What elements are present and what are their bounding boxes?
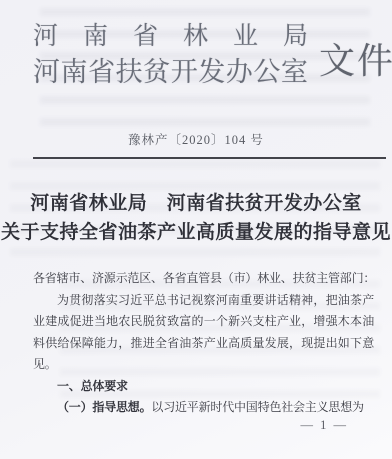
document-title-line2: 关于支持全省油茶产业高质量发展的指导意见 bbox=[0, 218, 392, 247]
subsection-guiding-ideology: （一）指导思想。以习近平新时代中国特色社会主义思想为 bbox=[33, 397, 374, 419]
document-reference-number: 豫林产〔2020〕104 号 bbox=[0, 130, 392, 148]
intro-paragraph: 为贯彻落实习近平总书记视察河南重要讲话精神，把油茶产业建成促进当地农民脱贫致富的… bbox=[33, 290, 374, 376]
document-type-label: 文件 bbox=[319, 33, 392, 84]
issuing-org-block: 河南省林业局 河南省扶贫开发办公室 bbox=[33, 20, 333, 90]
org-name-forestry-bureau: 河南省林业局 bbox=[33, 20, 333, 54]
org-name-poverty-alleviation-office: 河南省扶贫开发办公室 bbox=[33, 54, 333, 90]
subsection-body-text: 以习近平新时代中国特色社会主义思想为 bbox=[151, 400, 363, 414]
header-separator-rule bbox=[33, 157, 386, 159]
section-heading-overall-requirements: 一、总体要求 bbox=[33, 376, 374, 398]
subsection-lead-label: （一）指导思想。 bbox=[57, 400, 151, 414]
salutation-line: 各省辖市、济源示范区、各省直管县（市）林业、扶贫主管部门： bbox=[33, 268, 374, 290]
page-number: — 1 — bbox=[301, 418, 349, 433]
letterhead: 河南省林业局 河南省扶贫开发办公室 文件 bbox=[0, 0, 392, 90]
document-page: 河南省林业局 河南省扶贫开发办公室 文件 豫林产〔2020〕104 号 河南省林… bbox=[0, 0, 392, 459]
document-title: 河南省林业局 河南省扶贫开发办公室 关于支持全省油茶产业高质量发展的指导意见 bbox=[0, 189, 392, 247]
document-body: 各省辖市、济源示范区、各省直管县（市）林业、扶贫主管部门： 为贯彻落实习近平总书… bbox=[33, 268, 374, 419]
document-title-line1: 河南省林业局 河南省扶贫开发办公室 bbox=[0, 189, 392, 218]
